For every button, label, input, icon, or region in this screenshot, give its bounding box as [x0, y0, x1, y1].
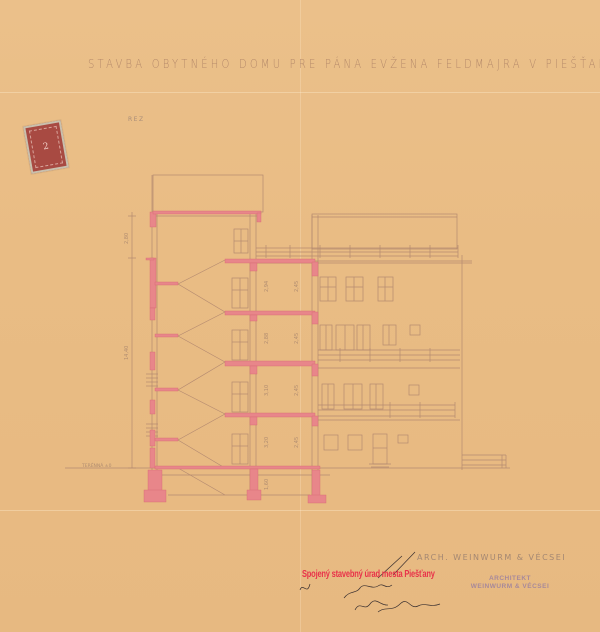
dimension-text: 2,45	[294, 333, 300, 344]
architect-office-stamp: ARCHITEKT WEINWURM & VÉCSEI	[445, 575, 575, 591]
dimension-text: 2,94	[264, 281, 270, 292]
architect-stamp-line-1: ARCHITEKT	[445, 575, 575, 583]
section-cut-walls	[144, 211, 326, 503]
dimension-text: 3,20	[264, 437, 270, 448]
architect-signature-text: ARCH. WEINWURM & VÉCSEI	[417, 553, 566, 562]
dimension-text: 14,40	[124, 346, 130, 360]
building-office-stamp: Spojený stavebný úrad mesta Piešťany	[302, 568, 435, 580]
dimension-text: 1,60	[264, 479, 270, 490]
drawing-sheet: STAVBA OBYTNÉHO DOMU PRE PÁNA EVŽENA FEL…	[0, 0, 600, 632]
dimension-text: 2,80	[124, 233, 130, 244]
dimension-text: 2,45	[294, 385, 300, 396]
ground-level-label: TERÉNNÁ ±0	[81, 461, 112, 469]
building-section-drawing: 2,80 14,40 2,94 2,88 3,10 3,20 1,60 2,45…	[0, 0, 600, 632]
dimension-text: 2,88	[264, 333, 270, 344]
dimension-text: 2,45	[294, 437, 300, 448]
architect-stamp-line-2: WEINWURM & VÉCSEI	[445, 583, 575, 591]
dimension-text: 3,10	[264, 385, 270, 396]
dimension-text: 2,45	[294, 281, 300, 292]
